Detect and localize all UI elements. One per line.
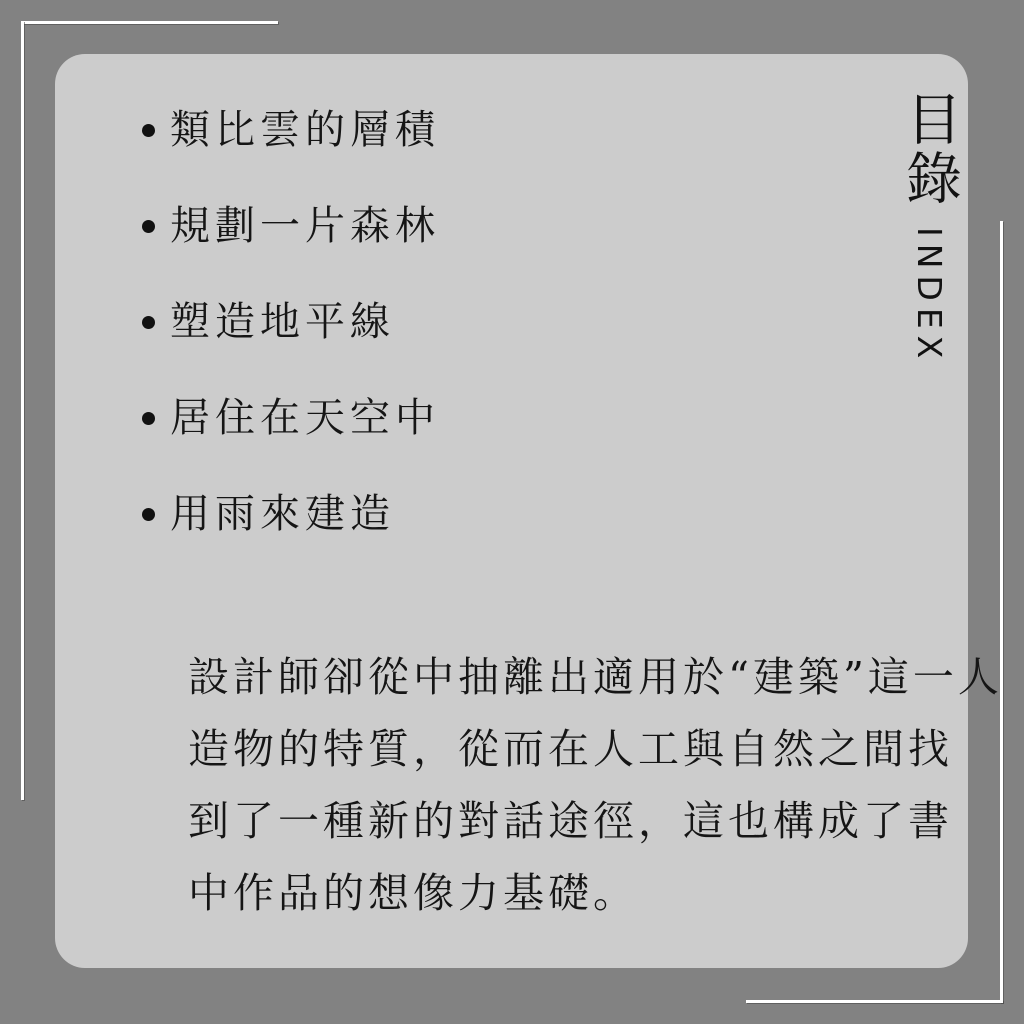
toc-item-4: 居住在天空中 (142, 398, 440, 438)
toc-item-3: 塑造地平線 (142, 302, 440, 342)
page-title-cjk: 目錄 (897, 90, 962, 208)
toc-item-label: 居住在天空中 (170, 398, 440, 438)
bullet-icon (142, 316, 155, 329)
bullet-icon (142, 508, 155, 521)
intro-paragraph-line: 到了一種新的對話途徑，這也構成了書 (188, 785, 988, 857)
toc-item-label: 塑造地平線 (170, 302, 395, 342)
bullet-icon (142, 412, 155, 425)
page-title: 目錄 INDEX (901, 90, 957, 610)
intro-paragraph-line: 中作品的想像力基礎。 (188, 857, 988, 929)
intro-paragraph: 設計師卻從中抽離出適用於“建築”這一人 造物的特質，從而在人工與自然之間找 到了… (188, 641, 988, 929)
frame-bracket-right-vertical (1000, 221, 1003, 1003)
bullet-icon (142, 124, 155, 137)
toc-item-label: 用雨來建造 (170, 494, 395, 534)
toc-item-5: 用雨來建造 (142, 494, 440, 534)
toc-item-2: 規劃一片森林 (142, 206, 440, 246)
frame-bracket-top-horizontal (21, 21, 278, 24)
intro-paragraph-line: 造物的特質，從而在人工與自然之間找 (188, 713, 988, 785)
toc-item-1: 類比雲的層積 (142, 110, 440, 150)
intro-paragraph-line: 設計師卻從中抽離出適用於“建築”這一人 (188, 641, 988, 713)
bullet-icon (142, 220, 155, 233)
page-title-latin: INDEX (910, 227, 949, 365)
content-card: 類比雲的層積 規劃一片森林 塑造地平線 居住在天空中 用雨來建造 目錄 INDE… (55, 54, 968, 968)
toc-item-label: 規劃一片森林 (170, 206, 440, 246)
frame-bracket-left-vertical (21, 21, 24, 800)
toc-list: 類比雲的層積 規劃一片森林 塑造地平線 居住在天空中 用雨來建造 (142, 110, 440, 534)
toc-item-label: 類比雲的層積 (170, 110, 440, 150)
frame-bracket-bottom-horizontal (746, 1000, 1003, 1003)
